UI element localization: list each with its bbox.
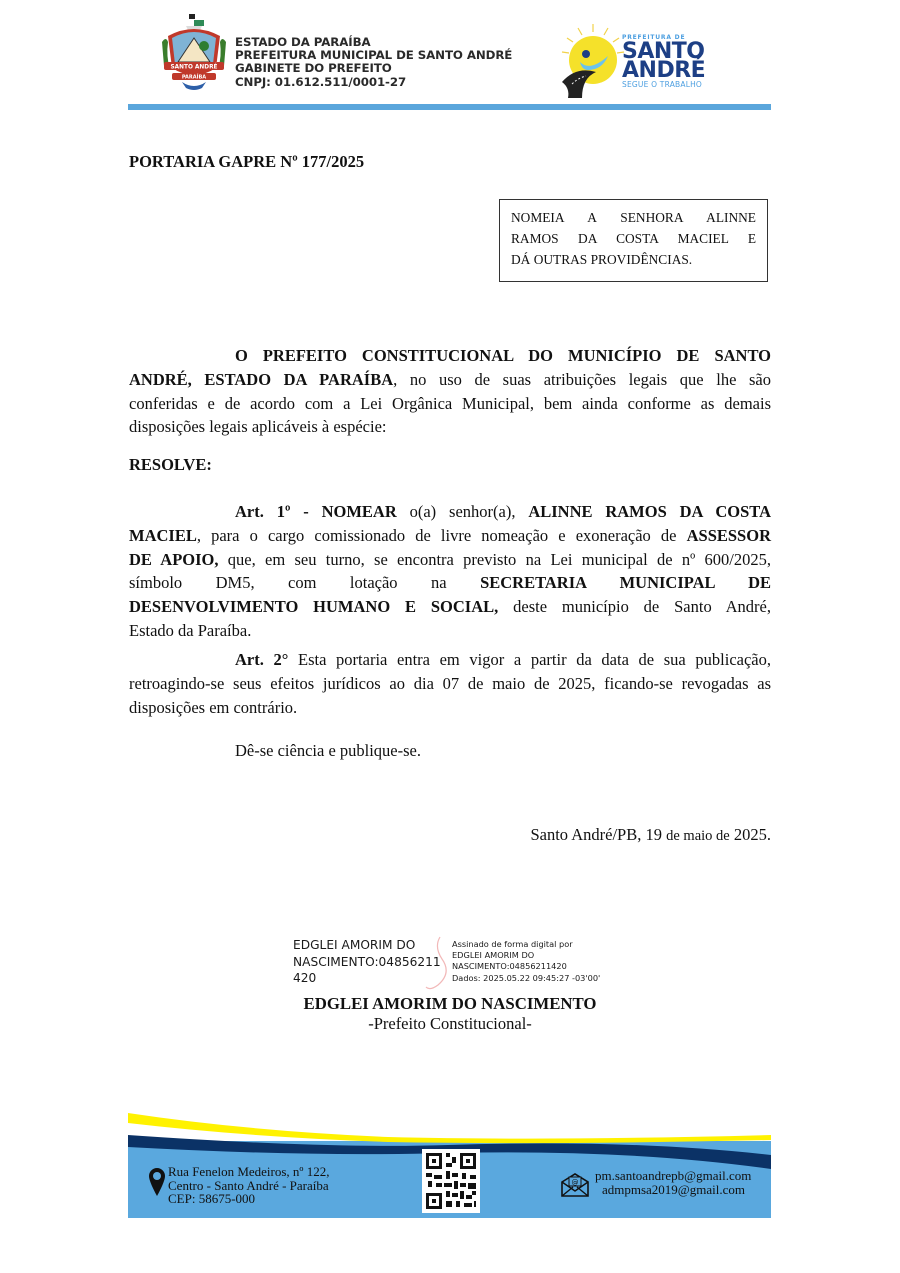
preamble-paragraph: O PREFEITO CONSTITUCIONAL DO MUNICÍPIO D… <box>129 344 771 439</box>
email-link[interactable]: pm.santoandrepb@gmail.com <box>595 1169 745 1183</box>
signature-details: Assinado de forma digital por EDGLEI AMO… <box>452 939 600 984</box>
ementa-box: NOMEIA A SENHORA ALINNE RAMOS DA COSTA M… <box>499 199 768 282</box>
article-2-label: Art. 2° <box>235 650 288 669</box>
envelope-icon: @ <box>560 1173 590 1197</box>
document-title: PORTARIA GAPRE Nº 177/2025 <box>129 152 364 172</box>
coat-of-arms-logo: SANTO ANDRÉ PARAÍBA <box>158 12 230 92</box>
office-name: GABINETE DO PREFEITO <box>235 62 512 75</box>
appointee-name: ALINNE RAMOS DA COSTA <box>528 502 771 521</box>
mayor-name: EDGLEI AMORIM DO NASCIMENTO <box>0 993 900 1014</box>
ementa-line: RAMOS DA COSTA MACIEL E <box>511 228 756 249</box>
mayor-role: -Prefeito Constitucional- <box>0 1014 900 1034</box>
article-2: Art. 2° Esta portaria entra em vigor a p… <box>129 648 771 719</box>
position-title: ASSESSOR <box>687 526 771 545</box>
department-name: SECRETARIA MUNICIPAL DE <box>480 573 771 592</box>
qr-code[interactable] <box>422 1149 480 1213</box>
brand-slogan: SEGUE O TRABALHO <box>622 80 705 89</box>
digital-signature: EDGLEI AMORIM DO NASCIMENTO:04856211 420… <box>293 935 613 995</box>
header-divider <box>128 104 771 110</box>
article-1-label: Art. 1º - NOMEAR <box>235 502 397 521</box>
sun-road-icon <box>558 22 628 102</box>
municipality-brand-logo: PREFEITURA DE SANTO ANDRÉ SEGUE O TRABAL… <box>558 22 718 104</box>
footer-emails: pm.santoandrepb@gmail.com admpmsa2019@gm… <box>595 1169 745 1197</box>
ementa-line: NOMEIA A SENHORA ALINNE <box>511 207 756 228</box>
ementa-line: DÁ OUTRAS PROVIDÊNCIAS. <box>511 249 756 270</box>
svg-text:@: @ <box>572 1179 579 1187</box>
svg-text:PARAÍBA: PARAÍBA <box>182 72 206 80</box>
footer-address: Rua Fenelon Medeiros, nº 122, Centro - S… <box>168 1165 329 1206</box>
cnpj: CNPJ: 01.612.511/0001-27 <box>235 76 512 89</box>
footer: Rua Fenelon Medeiros, nº 122, Centro - S… <box>128 1105 771 1218</box>
letterhead-text: ESTADO DA PARAÍBA PREFEITURA MUNICIPAL D… <box>235 36 512 89</box>
mayor-signature-block: EDGLEI AMORIM DO NASCIMENTO -Prefeito Co… <box>0 993 900 1034</box>
closing-statement: Dê-se ciência e publique-se. <box>235 741 421 761</box>
email-link[interactable]: admpmsa2019@gmail.com <box>595 1183 745 1197</box>
article-1: Art. 1º - NOMEAR o(a) senhor(a), ALINNE … <box>129 500 771 643</box>
letterhead: SANTO ANDRÉ PARAÍBA ESTADO DA PARAÍBA PR… <box>128 12 771 110</box>
svg-text:SANTO ANDRÉ: SANTO ANDRÉ <box>171 62 218 70</box>
place-and-date: Santo André/PB, 19 de maio de 2025. <box>500 825 771 845</box>
resolve-heading: RESOLVE: <box>129 455 212 475</box>
map-pin-icon <box>148 1167 166 1197</box>
brand-name-line2: ANDRÉ <box>622 61 705 80</box>
